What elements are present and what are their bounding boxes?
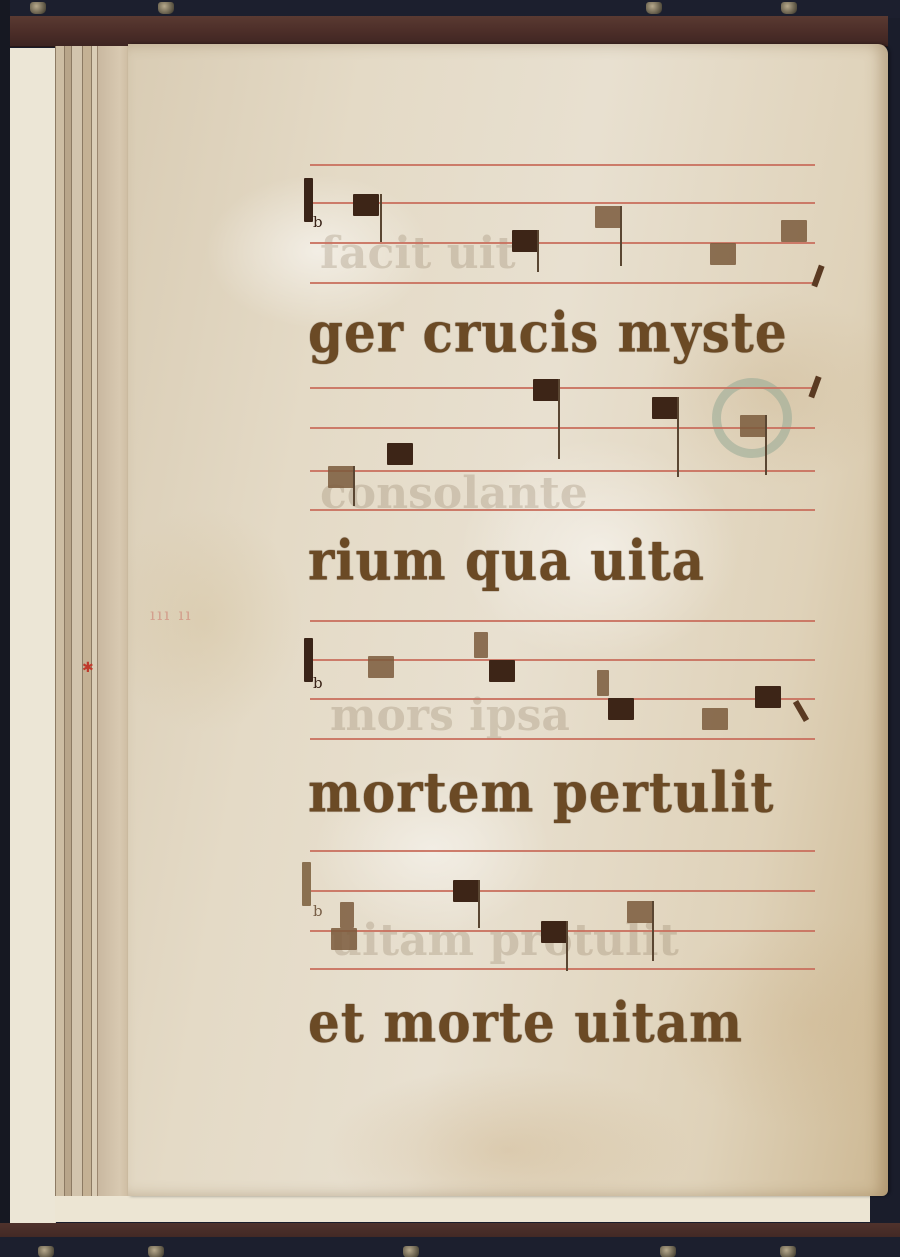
neume <box>740 415 766 437</box>
staff-3 <box>310 618 815 748</box>
neume-stem <box>652 901 654 961</box>
neume <box>368 656 394 678</box>
neume-stem <box>478 880 480 928</box>
neume-stem <box>566 921 568 971</box>
neume <box>474 632 488 658</box>
decorated-edge-mark: ✱ <box>82 660 94 676</box>
clef-icon <box>304 638 313 682</box>
cradle-knob <box>30 2 46 14</box>
staff-4 <box>310 850 815 975</box>
neume <box>595 206 621 228</box>
lyric-line-2: rium qua uita <box>308 528 705 593</box>
neume <box>387 443 413 465</box>
neume-stem <box>677 397 679 477</box>
neume <box>652 397 678 419</box>
cradle-knob <box>403 1246 419 1257</box>
neume <box>453 880 479 902</box>
clef-icon <box>304 178 313 222</box>
neume <box>512 230 538 252</box>
neume-stem <box>558 379 560 459</box>
flat-sign-icon: b <box>313 213 323 231</box>
cradle-knob <box>148 1246 164 1257</box>
photo-frame-bottom <box>0 1237 900 1257</box>
neume-stem <box>537 230 539 272</box>
cradle-knob <box>38 1246 54 1257</box>
neume-stem <box>380 194 382 242</box>
backing-board-bottom <box>55 1195 870 1222</box>
faded-rubric: ııı ıı <box>150 605 193 624</box>
staff-2 <box>310 385 815 515</box>
neume <box>340 902 354 928</box>
neume <box>533 379 559 401</box>
neume <box>331 928 357 950</box>
cradle-knob <box>781 2 797 14</box>
cradle-bar-top <box>10 16 888 47</box>
cradle-knob <box>780 1246 796 1257</box>
neume <box>353 194 379 216</box>
lyric-line-4: et morte uitam <box>308 990 743 1055</box>
staff-1 <box>310 160 815 290</box>
lyric-line-3: mortem pertulit <box>308 760 774 825</box>
cradle-knob <box>158 2 174 14</box>
neume <box>541 921 567 943</box>
cradle-knob <box>660 1246 676 1257</box>
neume <box>627 901 653 923</box>
cradle-knob <box>646 2 662 14</box>
neume <box>710 243 736 265</box>
neume <box>608 698 634 720</box>
backing-board <box>10 48 56 1223</box>
neume <box>755 686 781 708</box>
neume <box>328 466 354 488</box>
neume <box>597 670 609 696</box>
flat-sign-icon: b <box>313 902 323 920</box>
neume <box>702 708 728 730</box>
clef-icon <box>302 862 311 906</box>
flat-sign-icon: b <box>313 674 323 692</box>
neume-stem <box>620 206 622 266</box>
neume <box>781 220 807 242</box>
lyric-line-1: ger crucis myste <box>308 300 788 365</box>
neume <box>489 660 515 682</box>
neume-stem <box>765 415 767 475</box>
neume-stem <box>353 466 355 506</box>
photo-frame-left <box>0 0 10 1257</box>
